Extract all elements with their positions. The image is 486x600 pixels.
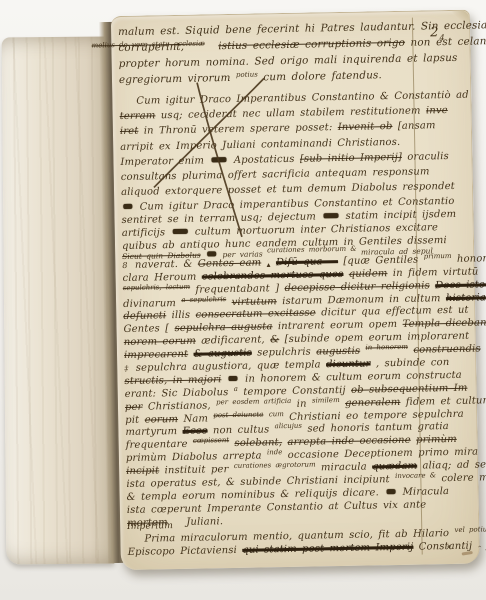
- strikethrough-text: & augustis: [193, 348, 252, 360]
- handwritten-text: oraculis: [407, 151, 449, 163]
- paragraph: Cum igitur Draco imperantibus Constantin…: [121, 196, 474, 531]
- handwritten-text: cum dolore fatendus.: [263, 69, 382, 83]
- handwritten-text: miracula ad sepul: [361, 246, 433, 256]
- strikethrough-text: post deiuncta: [213, 410, 263, 419]
- handwritten-text: divinarum: [123, 298, 176, 310]
- strikethrough-text: Sicut quin Diabolus: [122, 250, 201, 260]
- strikethrough-text: celebrandos mortuos quos: [202, 269, 344, 283]
- handwritten-text: ædificarent,: [201, 335, 265, 347]
- handwritten-text: Constantij: [419, 541, 473, 553]
- handwritten-text: martyrum: [125, 426, 177, 438]
- handwritten-text: Miracula: [402, 486, 449, 498]
- strikethrough-text: sepulchris, lactum: [123, 282, 190, 291]
- strikethrough-text: [sub initio Imperij]: [300, 152, 402, 165]
- manuscript-page: 24 malum est. Siquid bene fecerint hi Pa…: [111, 10, 480, 570]
- handwritten-text: curationes morborum &: [267, 245, 357, 255]
- handwritten-text: honoris gratia: [457, 252, 486, 264]
- strikethrough-text: Invenit ob: [338, 121, 393, 133]
- handwritten-text: miracula: [321, 462, 367, 474]
- handwritten-text: statim incipit ijsdem: [346, 209, 457, 222]
- handwritten-text: Apostaticus: [234, 154, 295, 166]
- strikethrough-text: norem eorum: [124, 336, 196, 348]
- strikethrough-text: decepisse dicitur religionis: [284, 280, 429, 294]
- handwritten-text: cum: [269, 410, 284, 418]
- handwritten-text: occasione Deceptionem primo mira: [288, 447, 479, 461]
- handwritten-text: fidem et cultum inducere cœ: [406, 394, 486, 408]
- handwritten-text: [ansam: [398, 121, 436, 133]
- handwritten-text: in Thronū veterem sperare posset:: [144, 123, 333, 137]
- strikethrough-text: generalem: [345, 397, 401, 409]
- handwritten-text: 8: [122, 261, 127, 270]
- ink-smudge: [462, 551, 473, 556]
- handwritten-text: sepulchra augustiora, quæ templa: [136, 359, 321, 373]
- ink-blot: [323, 213, 338, 218]
- strikethrough-text: inve: [426, 105, 448, 116]
- strikethrough-text: per: [125, 401, 143, 412]
- handwritten-text: Imperium: [127, 521, 173, 532]
- strikethrough-text: Deos istorum: [435, 279, 486, 291]
- handwritten-text: inde: [267, 448, 283, 456]
- handwritten-text: [quæ Gentiles: [343, 254, 418, 266]
- handwritten-text: frequentabant ]: [195, 283, 279, 296]
- handwritten-text: erant: Sic Diabolus: [125, 387, 229, 400]
- handwritten-text: Imperator enim: [120, 155, 204, 168]
- strikethrough-text: primùm: [416, 434, 457, 446]
- ink-blot: [123, 204, 132, 209]
- handwritten-text: primum: [424, 252, 452, 261]
- handwritten-text: potius: [236, 71, 258, 79]
- handwritten-text: Christianos,: [148, 400, 211, 412]
- strikethrough-text: qui statim post mortem Imperij: [242, 542, 413, 556]
- handwritten-text: egregiorum virorum: [119, 72, 231, 86]
- page-stack-edge: [2, 37, 115, 565]
- strikethrough-text: cœpissent: [193, 436, 229, 445]
- strikethrough-text: historia: [446, 292, 486, 304]
- handwritten-text: ‡: [124, 364, 128, 373]
- handwritten-text: alicujus: [275, 422, 303, 431]
- handwritten-text: sepulchris: [257, 347, 311, 359]
- ink-blot: [229, 376, 238, 381]
- ink-blot: [172, 229, 187, 234]
- handwritten-text: vel potius eo adhuc vivente: [454, 524, 486, 534]
- strikethrough-text: construendis: [413, 344, 481, 356]
- caret-mark: ▲: [267, 262, 271, 268]
- strikethrough-text: &: [270, 334, 279, 345]
- strikethrough-text: structis, in majori: [124, 374, 221, 387]
- handwritten-text: invocare &: [395, 471, 436, 480]
- strikethrough-text: eorum: [145, 414, 179, 426]
- handwritten-text: pit: [125, 414, 139, 425]
- strikethrough-text: quidem: [349, 268, 388, 280]
- strikethrough-text: istius ecclesiæ corruptionis origo: [218, 37, 405, 52]
- handwritten-text: Nam: [183, 413, 208, 424]
- paragraph: Cum igitur Draco Imperantibus Constantin…: [119, 90, 468, 203]
- page-content: malum est. Siquid bene fecerint hi Patre…: [118, 21, 475, 561]
- handwritten-text: similem: [312, 396, 340, 405]
- strikethrough-text: dicuntur: [326, 358, 371, 370]
- strikethrough-text: consecratum excitasse: [196, 308, 316, 321]
- handwritten-text: in fidem virtutū: [393, 266, 479, 279]
- strikethrough-text: Difū qua —: [276, 256, 338, 268]
- strikethrough-text: sepulchra augusta: [175, 322, 273, 335]
- handwritten-text: istarum Dæmonum in cultum: [282, 293, 441, 307]
- strikethrough-text: ob subsequentium Im: [351, 382, 468, 395]
- photo-background: 24 malum est. Siquid bene fecerint hi Pa…: [0, 0, 486, 600]
- paragraph: malum est. Siquid bene fecerint hi Patre…: [118, 21, 466, 91]
- ink-blot: [211, 157, 226, 162]
- strikethrough-text: melius de vero statu ecclesiæ: [91, 39, 204, 49]
- paragraph: Prima miraculorum mentio, quantum scio, …: [127, 527, 474, 560]
- handwritten-text: non est celanda: [410, 35, 486, 49]
- handwritten-text: non cultus: [213, 425, 270, 437]
- handwritten-text: Christiani eo tempore sepulchra: [289, 408, 464, 422]
- strikethrough-text: terram: [120, 111, 156, 123]
- handwritten-text: Juliani.: [186, 516, 223, 528]
- ink-blot: [207, 251, 216, 256]
- handwritten-text: frequentare: [126, 439, 188, 451]
- handwritten-text: Cum igitur Draco Imperantibus Constantin…: [136, 90, 469, 107]
- strikethrough-text: Templa dicebantur: [403, 317, 486, 330]
- strikethrough-text: defuncti: [123, 311, 166, 323]
- strikethrough-text: iret: [120, 126, 139, 137]
- handwritten-text: instituit per: [165, 464, 229, 476]
- handwritten-text: Gentes [: [123, 323, 169, 335]
- handwritten-text: sed honoris tantum gratia: [307, 422, 449, 436]
- strikethrough-text: Gentes eam: [198, 257, 262, 269]
- strikethrough-text: arrepta inde occasione: [287, 435, 411, 448]
- handwritten-text: curationes ægrotorum: [234, 461, 316, 470]
- handwritten-text: intrarent eorum opem: [278, 319, 398, 332]
- strikethrough-text: in honorem: [365, 343, 408, 352]
- handwritten-text: Episcopo Pictaviensi: [128, 545, 237, 558]
- ink-dot: [448, 545, 451, 548]
- ink-blot: [386, 489, 395, 494]
- handwritten-text: , subinde con: [376, 357, 450, 369]
- handwritten-text: per varias: [222, 249, 262, 259]
- handwritten-text: per eosdem artificia: [216, 397, 291, 406]
- handwritten-text: illis: [171, 310, 190, 321]
- strikethrough-text: a sepulchris: [181, 295, 226, 304]
- handwritten-text: artificijs: [122, 227, 166, 239]
- handwritten-text: in: [297, 398, 307, 409]
- strikethrough-text: incipit: [126, 465, 159, 477]
- handwritten-text: dicitur qua effectum est ut: [321, 305, 469, 319]
- handwritten-text: sentiret se in terram usq; dejectum: [121, 212, 316, 227]
- handwritten-text: colere martyres: [441, 472, 486, 485]
- handwritten-text: a: [234, 385, 238, 393]
- strikethrough-text: imprecarent: [124, 349, 188, 361]
- strikethrough-text: virtutum: [232, 296, 277, 308]
- handwritten-text: aliaq; ad sepulchra: [422, 459, 486, 472]
- handwritten-text: malum est. Siquid bene fecerint hi Patre…: [118, 19, 486, 38]
- caret-mark: ^: [478, 546, 482, 552]
- strikethrough-text: augustis: [316, 346, 360, 358]
